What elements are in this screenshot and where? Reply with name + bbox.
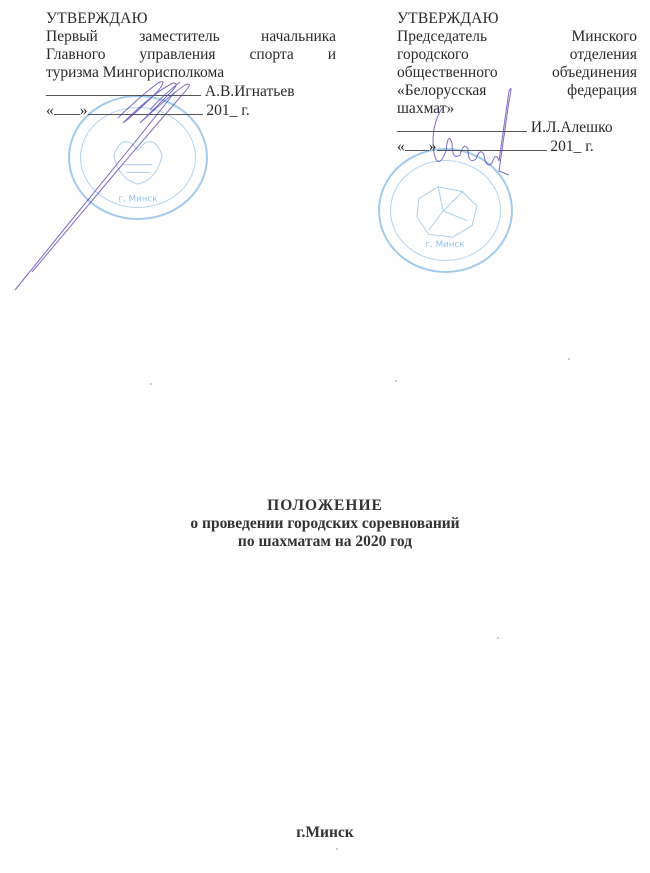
right-signatory-name: И.Л.Алешко: [531, 119, 613, 136]
document-subtitle-line-1: о проведении городских соревнований: [0, 515, 650, 533]
left-signatory-name: А.В.Игнатьев: [205, 83, 295, 100]
left-approval-line: Первый заместитель начальника: [46, 28, 336, 46]
left-date-line: «» 201_ г.: [46, 101, 336, 120]
left-approval-line: туризма Мингорисполкома: [46, 64, 336, 82]
left-approval-heading: УТВЕРЖДАЮ: [46, 10, 336, 28]
left-date-day-blank: [54, 101, 80, 115]
document-title: ПОЛОЖЕНИЕ: [0, 497, 650, 515]
right-approval-line: городского отделения: [397, 46, 637, 64]
right-date-line: «» 201_ г.: [397, 137, 637, 156]
left-date-month-blank: [88, 101, 203, 115]
scan-speck: [497, 637, 499, 639]
document-title-block: ПОЛОЖЕНИЕ о проведении городских соревно…: [0, 497, 650, 551]
right-date-day-blank: [405, 137, 429, 151]
right-approval-line: Председатель Минского: [397, 28, 637, 46]
right-signature-blank: [397, 118, 527, 132]
left-signature-blank: [46, 82, 201, 96]
right-official-stamp: г. Минск: [378, 148, 513, 273]
right-date-open-quote: «: [397, 138, 405, 155]
right-approval-block: УТВЕРЖДАЮ Председатель Минского городско…: [397, 10, 637, 156]
document-subtitle-line-2: по шахматам на 2020 год: [0, 533, 650, 551]
right-stamp-city: г. Минск: [426, 240, 465, 250]
left-stamp-city: г. Минск: [118, 195, 157, 205]
right-approval-line: шахмат»: [397, 100, 637, 118]
document-page: г. Минск г. Минск УТВЕРЖДАЮ Первый замес…: [0, 0, 650, 873]
right-signature-line: И.Л.Алешко: [397, 118, 637, 137]
scan-speck: [568, 358, 570, 360]
scan-speck: [395, 380, 397, 382]
right-approval-heading: УТВЕРЖДАЮ: [397, 10, 637, 28]
scan-speck: [150, 383, 152, 385]
left-approval-line: Главного управления спорта и: [46, 46, 336, 64]
right-approval-line: «Белорусская федерация: [397, 82, 637, 100]
right-date-year: 201_ г.: [550, 138, 593, 155]
left-date-close-quote: »: [80, 102, 88, 119]
right-date-close-quote: »: [429, 138, 437, 155]
scan-speck: [336, 848, 338, 850]
left-date-year: 201_ г.: [206, 102, 249, 119]
document-city: г.Минск: [0, 824, 650, 842]
right-date-month-blank: [437, 137, 547, 151]
right-approval-line: общественного объединения: [397, 64, 637, 82]
left-approval-block: УТВЕРЖДАЮ Первый заместитель начальника …: [46, 10, 336, 120]
left-date-open-quote: «: [46, 102, 54, 119]
left-signature-line: А.В.Игнатьев: [46, 82, 336, 101]
